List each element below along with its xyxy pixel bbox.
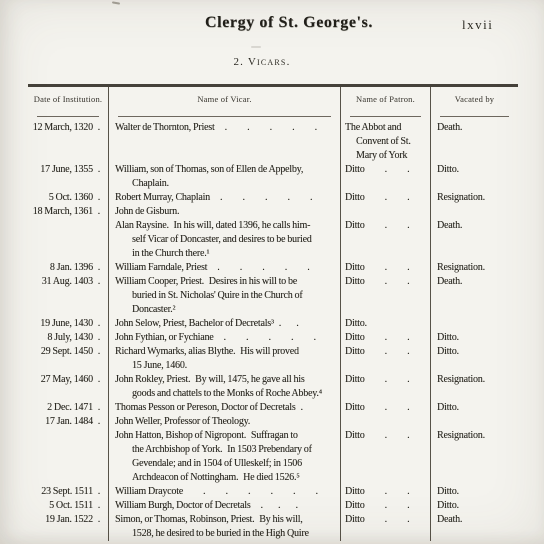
vacated-text: Ditto. bbox=[437, 164, 459, 175]
vicar-text: William Burgh, Doctor of Decretals bbox=[115, 500, 251, 511]
header-underline bbox=[37, 116, 99, 117]
leader-dots: . . bbox=[365, 514, 410, 525]
patron-name-cell: Ditto . . bbox=[340, 163, 430, 191]
table-row: 29 Sept. 1450 . Richard Wymarks, alias B… bbox=[28, 345, 518, 373]
vacated-by-cell bbox=[430, 415, 518, 429]
scanned-book-page: Clergy of St. George's. lxvii 2. Vicars.… bbox=[0, 0, 544, 544]
patron-text: Ditto bbox=[345, 276, 365, 287]
vacated-by-cell: Ditto. bbox=[430, 485, 518, 499]
header-label: Name of Patron. bbox=[356, 94, 415, 104]
leader-dots: . . . . . . bbox=[183, 486, 318, 497]
patron-name-cell: Ditto . . bbox=[340, 331, 430, 345]
table-row: 5 Oct. 1360 . Robert Murray, Chaplain . … bbox=[28, 191, 518, 205]
scan-speck bbox=[251, 46, 261, 48]
vacated-by-cell: Ditto. bbox=[430, 401, 518, 415]
leader-dots: . . . . . bbox=[210, 192, 313, 203]
patron-text: Ditto bbox=[345, 402, 365, 413]
vicar-text: John de Gisburn. bbox=[115, 206, 179, 217]
table-row: 8 July, 1430 . John Fythian, or Fychiane… bbox=[28, 331, 518, 345]
date-text: 31 Aug. 1403 . bbox=[42, 275, 100, 289]
vicar-name-cell: Simon, or Thomas, Robinson, Priest. By h… bbox=[108, 513, 340, 541]
patron-name-cell: Ditto . . bbox=[340, 485, 430, 499]
vicar-name-cell: William Draycote . . . . . . bbox=[108, 485, 340, 499]
header-underline bbox=[118, 116, 331, 117]
date-text: 8 Jan. 1396 . bbox=[50, 261, 100, 275]
institution-date-cell: 17 June, 1355 . bbox=[28, 163, 108, 191]
header-date-of-institution: Date of Institution. bbox=[28, 87, 108, 121]
leader-dots: . . bbox=[365, 346, 410, 357]
vicar-text: John Hatton, Bishop of Nigropont. Suffra… bbox=[115, 430, 312, 483]
institution-date-cell: 27 May, 1460 . bbox=[28, 373, 108, 401]
leader-dots: . . . . . bbox=[214, 332, 317, 343]
vicar-name-cell: William Burgh, Doctor of Decretals . . . bbox=[108, 499, 340, 513]
vicar-name-cell: Robert Murray, Chaplain . . . . . bbox=[108, 191, 340, 205]
vacated-text: Ditto. bbox=[437, 500, 459, 511]
vacated-by-cell: Ditto. bbox=[430, 499, 518, 513]
leader-dots: . . bbox=[365, 500, 410, 511]
vicar-text: Robert Murray, Chaplain bbox=[115, 192, 210, 203]
date-text: 19 Jan. 1522 . bbox=[45, 513, 100, 527]
patron-text: Ditto bbox=[345, 346, 365, 357]
patron-name-cell: Ditto . . bbox=[340, 373, 430, 401]
vacated-by-cell: Resignation. bbox=[430, 261, 518, 275]
leader-dots: . . bbox=[365, 164, 410, 175]
leader-dots: . . bbox=[365, 374, 410, 385]
header-name-of-patron: Name of Patron. bbox=[340, 87, 430, 121]
date-text: 17 Jan. 1484 . bbox=[45, 415, 100, 429]
vicar-name-cell: John Hatton, Bishop of Nigropont. Suffra… bbox=[108, 429, 340, 485]
table-row: 12 March, 1320 . Walter de Thornton, Pri… bbox=[28, 121, 518, 163]
vicar-name-cell: Walter de Thornton, Priest . . . . . bbox=[108, 121, 340, 163]
leader-dots: . . bbox=[365, 262, 410, 273]
leader-dots: . . . bbox=[251, 500, 299, 511]
patron-name-cell: Ditto . . bbox=[340, 275, 430, 317]
institution-date-cell: 2 Dec. 1471 . bbox=[28, 401, 108, 415]
vicar-name-cell: William, son of Thomas, son of Ellen de … bbox=[108, 163, 340, 191]
patron-text: Ditto bbox=[345, 514, 365, 525]
table-row: 2 Dec. 1471 . Thomas Pesson or Pereson, … bbox=[28, 401, 518, 415]
leader-dots: . . bbox=[365, 276, 410, 287]
institution-date-cell: 17 Jan. 1484 . bbox=[28, 415, 108, 429]
header-label: Date of Institution. bbox=[34, 94, 102, 104]
vacated-text: Death. bbox=[437, 122, 462, 133]
date-text: 17 June, 1355 . bbox=[40, 163, 100, 177]
vicar-name-cell: John Rokley, Priest. By will, 1475, he g… bbox=[108, 373, 340, 401]
patron-name-cell: Ditto . . bbox=[340, 401, 430, 415]
vacated-by-cell: Death. bbox=[430, 513, 518, 541]
scan-speck bbox=[112, 1, 120, 4]
date-text: 27 May, 1460 . bbox=[41, 373, 100, 387]
institution-date-cell: 12 March, 1320 . bbox=[28, 121, 108, 163]
table-row: 19 June, 1430 . John Selow, Priest, Bach… bbox=[28, 317, 518, 331]
vacated-by-cell: Resignation. bbox=[430, 429, 518, 485]
vicar-name-cell: Richard Wymarks, alias Blythe. His will … bbox=[108, 345, 340, 373]
vacated-text: Ditto. bbox=[437, 486, 459, 497]
institution-date-cell bbox=[28, 429, 108, 485]
vicar-name-cell: William Cooper, Priest. Desires in his w… bbox=[108, 275, 340, 317]
date-text: 5 Oct. 1360 . bbox=[49, 191, 100, 205]
table-row: 18 March, 1361 . John de Gisburn. bbox=[28, 205, 518, 219]
header-label: Vacated by bbox=[455, 94, 495, 104]
patron-name-cell: Ditto . . bbox=[340, 191, 430, 205]
patron-text: Ditto bbox=[345, 374, 365, 385]
leader-dots: . . bbox=[365, 430, 410, 441]
vicar-text: Thomas Pesson or Pereson, Doctor of Decr… bbox=[115, 402, 296, 413]
leader-dots: . . . . . bbox=[215, 122, 318, 133]
vacated-by-cell: Ditto. bbox=[430, 163, 518, 191]
vicar-name-cell: John Fythian, or Fychiane . . . . . bbox=[108, 331, 340, 345]
date-text: 19 June, 1430 . bbox=[40, 317, 100, 331]
vacated-by-cell: Death. bbox=[430, 275, 518, 317]
vacated-text: Death. bbox=[437, 514, 462, 525]
patron-name-cell: Ditto . . bbox=[340, 499, 430, 513]
table-row: 31 Aug. 1403 . William Cooper, Priest. D… bbox=[28, 275, 518, 317]
institution-date-cell: 19 Jan. 1522 . bbox=[28, 513, 108, 541]
vicar-name-cell: William Farndale, Priest . . . . . bbox=[108, 261, 340, 275]
header-name-of-vicar: Name of Vicar. bbox=[108, 87, 340, 121]
page-number: lxvii bbox=[462, 17, 493, 33]
institution-date-cell: 29 Sept. 1450 . bbox=[28, 345, 108, 373]
patron-text: Ditto bbox=[345, 192, 365, 203]
patron-text: Ditto bbox=[345, 500, 365, 511]
vicar-text: Simon, or Thomas, Robinson, Priest. By h… bbox=[115, 514, 309, 539]
vicar-name-cell: John Weller, Professor of Theology. bbox=[108, 415, 340, 429]
institution-date-cell bbox=[28, 219, 108, 261]
vacated-text: Ditto. bbox=[437, 402, 459, 413]
vicar-text: John Weller, Professor of Theology. bbox=[115, 416, 250, 427]
vicar-text: John Rokley, Priest. By will, 1475, he g… bbox=[115, 374, 322, 399]
patron-name-cell bbox=[340, 415, 430, 429]
running-title: Clergy of St. George's. bbox=[205, 14, 373, 32]
table-row: 17 Jan. 1484 . John Weller, Professor of… bbox=[28, 415, 518, 429]
leader-dots: . . bbox=[274, 318, 299, 329]
date-text: 18 March, 1361 . bbox=[33, 205, 100, 219]
patron-text: Ditto bbox=[345, 430, 365, 441]
vacated-text: Death. bbox=[437, 276, 462, 287]
vicar-text: Walter de Thornton, Priest bbox=[115, 122, 215, 133]
vicar-text: William, son of Thomas, son of Ellen de … bbox=[115, 164, 303, 189]
leader-dots: . . bbox=[365, 486, 410, 497]
table-header-row: Date of Institution. Name of Vicar. Name… bbox=[28, 87, 518, 121]
vacated-text: Ditto. bbox=[437, 346, 459, 357]
leader-dots: . . bbox=[365, 192, 410, 203]
leader-dots: . . bbox=[365, 332, 410, 343]
patron-name-cell: Ditto . . bbox=[340, 513, 430, 541]
institution-date-cell: 19 June, 1430 . bbox=[28, 317, 108, 331]
patron-text: Ditto bbox=[345, 164, 365, 175]
institution-date-cell: 8 July, 1430 . bbox=[28, 331, 108, 345]
vacated-by-cell: Ditto. bbox=[430, 331, 518, 345]
institution-date-cell: 18 March, 1361 . bbox=[28, 205, 108, 219]
patron-text: Ditto bbox=[345, 220, 365, 231]
leader-dots: . bbox=[296, 402, 304, 413]
table-row: John Hatton, Bishop of Nigropont. Suffra… bbox=[28, 429, 518, 485]
patron-name-cell: Ditto . . bbox=[340, 345, 430, 373]
patron-text: Ditto. bbox=[345, 318, 367, 329]
table-row: 19 Jan. 1522 . Simon, or Thomas, Robinso… bbox=[28, 513, 518, 541]
vacated-by-cell: Ditto. bbox=[430, 345, 518, 373]
vacated-by-cell: Resignation. bbox=[430, 373, 518, 401]
vicar-name-cell: Thomas Pesson or Pereson, Doctor of Decr… bbox=[108, 401, 340, 415]
vicar-name-cell: Alan Raysine. In his will, dated 1396, h… bbox=[108, 219, 340, 261]
table-body: 12 March, 1320 . Walter de Thornton, Pri… bbox=[28, 121, 518, 541]
table-row: 23 Sept. 1511 . William Draycote . . . .… bbox=[28, 485, 518, 499]
table-row: 8 Jan. 1396 . William Farndale, Priest .… bbox=[28, 261, 518, 275]
patron-text: Ditto bbox=[345, 332, 365, 343]
header-label: Name of Vicar. bbox=[197, 94, 251, 104]
patron-text: The Abbot and Convent of St. Mary of Yor… bbox=[345, 122, 411, 161]
leader-dots: . . bbox=[365, 402, 410, 413]
vicar-text: William Draycote bbox=[115, 486, 183, 497]
vicar-text: William Farndale, Priest bbox=[115, 262, 207, 273]
date-text: 12 March, 1320 . bbox=[33, 121, 100, 135]
institution-date-cell: 23 Sept. 1511 . bbox=[28, 485, 108, 499]
section-title: 2. Vicars. bbox=[233, 56, 290, 68]
institution-date-cell: 8 Jan. 1396 . bbox=[28, 261, 108, 275]
date-text: 5 Oct. 1511 . bbox=[49, 499, 100, 513]
vacated-text: Resignation. bbox=[437, 192, 485, 203]
header-underline bbox=[440, 116, 509, 117]
vicar-text: Richard Wymarks, alias Blythe. His will … bbox=[115, 346, 299, 371]
institution-date-cell: 31 Aug. 1403 . bbox=[28, 275, 108, 317]
vacated-by-cell bbox=[430, 205, 518, 219]
vicar-text: John Selow, Priest, Bachelor of Decretal… bbox=[115, 318, 274, 329]
vicar-name-cell: John de Gisburn. bbox=[108, 205, 340, 219]
header-vacated-by: Vacated by bbox=[430, 87, 518, 121]
patron-name-cell: Ditto . . bbox=[340, 219, 430, 261]
vicar-text: William Cooper, Priest. Desires in his w… bbox=[115, 276, 302, 315]
date-text: 8 July, 1430 . bbox=[47, 331, 100, 345]
institution-date-cell: 5 Oct. 1511 . bbox=[28, 499, 108, 513]
table-row: Alan Raysine. In his will, dated 1396, h… bbox=[28, 219, 518, 261]
institution-date-cell: 5 Oct. 1360 . bbox=[28, 191, 108, 205]
table-row: 5 Oct. 1511 . William Burgh, Doctor of D… bbox=[28, 499, 518, 513]
header-underline bbox=[350, 116, 421, 117]
vacated-text: Death. bbox=[437, 220, 462, 231]
vicar-text: John Fythian, or Fychiane bbox=[115, 332, 214, 343]
vacated-by-cell: Death. bbox=[430, 121, 518, 163]
vacated-by-cell: Resignation. bbox=[430, 191, 518, 205]
vacated-text: Resignation. bbox=[437, 374, 485, 385]
vacated-text: Resignation. bbox=[437, 262, 485, 273]
vicar-text: Alan Raysine. In his will, dated 1396, h… bbox=[115, 220, 312, 259]
table-row: 27 May, 1460 . John Rokley, Priest. By w… bbox=[28, 373, 518, 401]
leader-dots: . . bbox=[365, 220, 410, 231]
patron-name-cell: Ditto . . bbox=[340, 429, 430, 485]
patron-name-cell: Ditto. bbox=[340, 317, 430, 331]
patron-name-cell bbox=[340, 205, 430, 219]
patron-text: Ditto bbox=[345, 486, 365, 497]
vacated-by-cell: Death. bbox=[430, 219, 518, 261]
vicar-name-cell: John Selow, Priest, Bachelor of Decretal… bbox=[108, 317, 340, 331]
patron-text: Ditto bbox=[345, 262, 365, 273]
date-text: 29 Sept. 1450 . bbox=[41, 345, 100, 359]
vacated-by-cell bbox=[430, 317, 518, 331]
leader-dots: . . . . . bbox=[207, 262, 310, 273]
vicars-table: Date of Institution. Name of Vicar. Name… bbox=[28, 84, 518, 541]
vacated-text: Resignation. bbox=[437, 430, 485, 441]
date-text: 2 Dec. 1471 . bbox=[47, 401, 100, 415]
table-row: 17 June, 1355 . William, son of Thomas, … bbox=[28, 163, 518, 191]
patron-name-cell: The Abbot and Convent of St. Mary of Yor… bbox=[340, 121, 430, 163]
vacated-text: Ditto. bbox=[437, 332, 459, 343]
patron-name-cell: Ditto . . bbox=[340, 261, 430, 275]
date-text: 23 Sept. 1511 . bbox=[41, 485, 100, 499]
